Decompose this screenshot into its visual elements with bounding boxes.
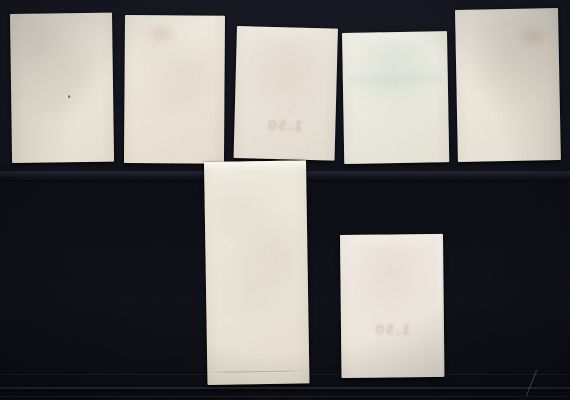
stamp-top-4 <box>342 31 449 164</box>
showthrough-value-text: 1.50 <box>234 118 335 136</box>
design-showthrough <box>210 176 302 313</box>
design-showthrough <box>348 40 442 122</box>
design-showthrough <box>130 25 219 116</box>
stamp-top-2 <box>124 15 225 164</box>
showthrough-value-text: 1.50 <box>341 323 444 339</box>
stamp-bottom-tall <box>204 160 309 385</box>
stamp-lot-photo: 1.50 <box>0 0 570 400</box>
paper-sheen <box>204 160 309 385</box>
paper-sheen <box>234 26 338 161</box>
ink-speck <box>68 95 70 98</box>
paper-sheen <box>455 8 561 162</box>
design-showthrough <box>241 35 332 118</box>
toning-spot <box>145 21 179 45</box>
design-showthrough <box>346 244 438 332</box>
stamp-top-1 <box>10 13 114 163</box>
design-showthrough <box>16 23 107 115</box>
paper-sheen <box>124 15 225 164</box>
paper-sheen <box>342 31 449 164</box>
stamp-bottom-right: 1.50 <box>340 234 444 378</box>
design-showthrough <box>461 19 553 113</box>
stamp-top-3: 1.50 <box>234 26 338 161</box>
stamps-layer: 1.50 <box>0 0 570 400</box>
paper-sheen <box>10 13 114 163</box>
horizontal-crease <box>208 370 308 373</box>
light-right-edge <box>433 234 443 377</box>
toning-spot <box>515 23 550 48</box>
paper-sheen <box>340 234 444 378</box>
light-top-edge <box>204 160 306 172</box>
stamp-top-5 <box>455 8 561 162</box>
